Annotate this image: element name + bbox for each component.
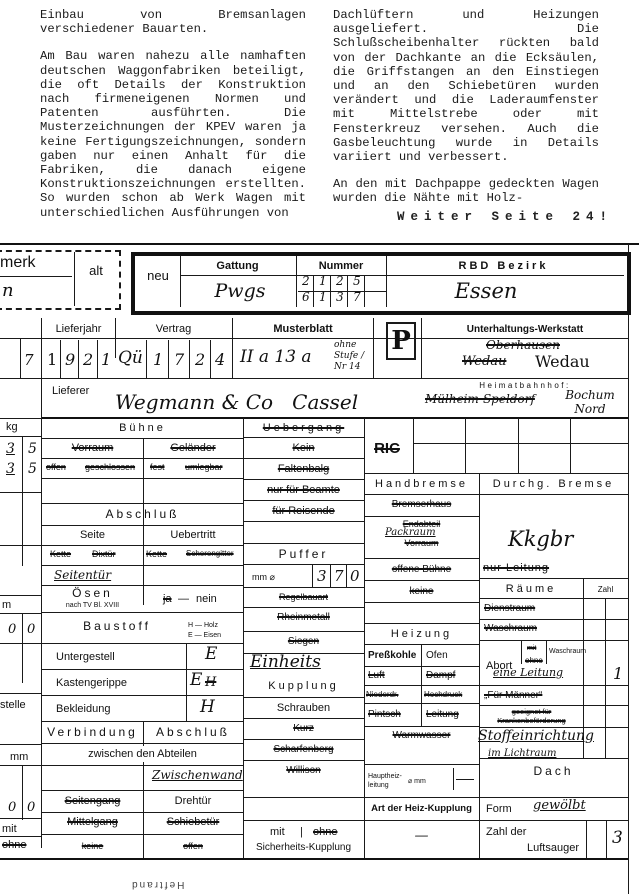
merk-value: n bbox=[2, 280, 14, 301]
nummer-label: Nummer bbox=[296, 257, 386, 275]
continue-note: Weiter Seite 24! bbox=[397, 210, 613, 224]
rbd-label: RBD Bezirk bbox=[386, 257, 621, 275]
left-digit: 7 bbox=[24, 351, 34, 369]
article-left-column: Einbau von Bremsanlagen verschiedener Ba… bbox=[40, 8, 306, 233]
article-right-column: Dachlüftern und Heizungen ausgeliefert. … bbox=[333, 8, 599, 219]
musterblatt-label: Musterblatt bbox=[233, 320, 373, 338]
ric-mark: RIC bbox=[367, 436, 407, 460]
article-paragraph: Dachlüftern und Heizungen ausgeliefert. … bbox=[333, 8, 599, 164]
heimat-struck: Mülheim-Speldorf bbox=[425, 392, 535, 406]
vertrag-label: Vertrag bbox=[116, 320, 231, 338]
article-paragraph: Am Bau waren nahezu alle namhaften deuts… bbox=[40, 49, 306, 219]
heimat-value: Bochum Nord bbox=[560, 388, 620, 416]
musterblatt-value: II a 13 a bbox=[240, 347, 312, 367]
lieferer-label: Lieferer bbox=[52, 383, 89, 399]
werkstatt-struck-2: Wedau bbox=[462, 354, 506, 369]
article-paragraph: Einbau von Bremsanlagen verschiedener Ba… bbox=[40, 8, 306, 36]
alt-label: alt bbox=[76, 258, 116, 282]
p-mark: P bbox=[386, 322, 416, 360]
musterblatt-note: ohne Stufe / Nr 14 bbox=[334, 340, 374, 373]
werkstatt-struck: Oberhausen bbox=[486, 338, 560, 352]
rbd-value: Essen bbox=[386, 277, 586, 305]
gattung-value: Pwgs bbox=[190, 278, 290, 304]
mirrored-text: Heftrand bbox=[130, 879, 184, 890]
gattung-label: Gattung bbox=[180, 257, 295, 275]
lieferjahr-label: Lieferjahr bbox=[42, 320, 115, 338]
werkstatt-label: Unterhaltungs-Werkstatt bbox=[422, 320, 628, 338]
werkstatt-value: Wedau bbox=[535, 352, 590, 371]
neu-label: neu bbox=[136, 260, 180, 290]
merk-label: merk bbox=[0, 254, 36, 272]
article-paragraph: An den mit Dachpappe gedeckten Wagen wur… bbox=[333, 177, 599, 205]
lieferer-value: Wegmann & Co Cassel bbox=[115, 390, 358, 414]
